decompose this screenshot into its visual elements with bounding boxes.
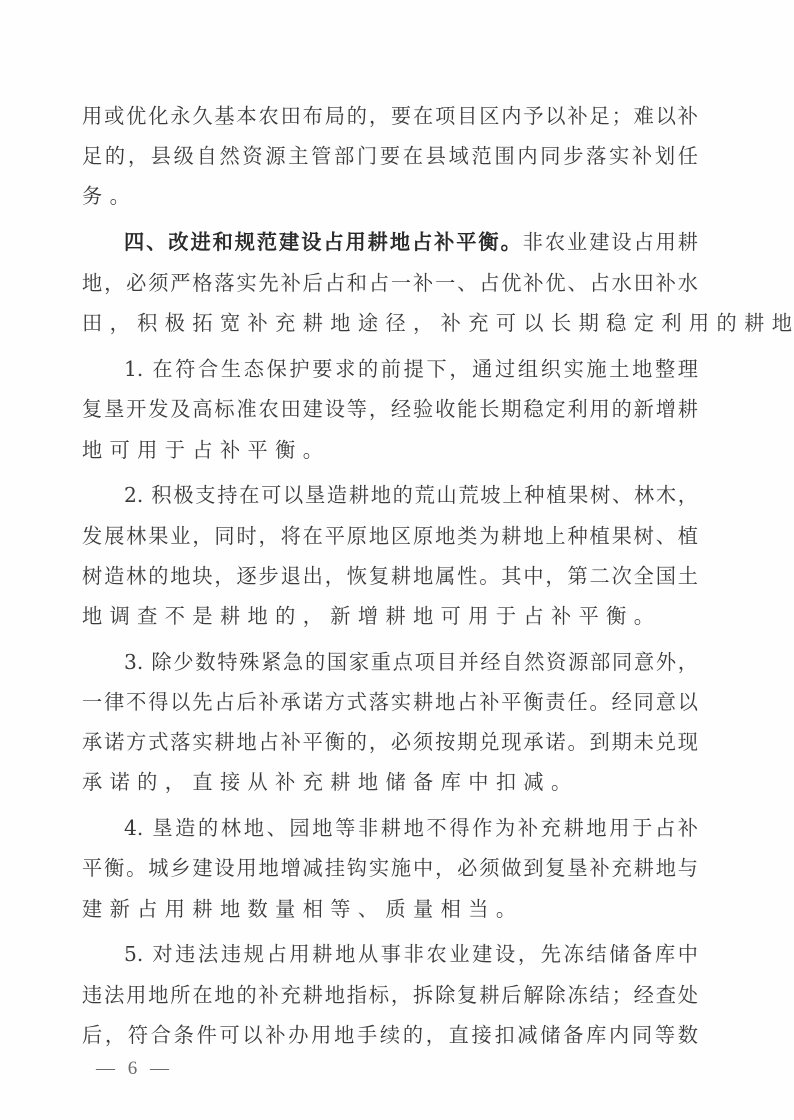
list-item-line: 3. 除少数特殊紧急的国家重点项目并经自然资源部同意外，	[124, 646, 698, 678]
list-item-line: 5. 对违法违规占用耕地从事非农业建设，先冻结储备库中	[124, 938, 698, 970]
text-line: 一律不得以先占后补承诺方式落实耕地占补平衡责任。经同意以	[82, 686, 698, 718]
text-line: 后，符合条件可以补办用地手续的，直接扣减储备库内同等数	[82, 1019, 698, 1051]
text-line: 建新占用耕地数量相等、质量相当。	[82, 893, 698, 925]
text-line: 足的，县级自然资源主管部门要在县域范围内同步落实补划任	[82, 140, 698, 172]
text-span: 非农业建设占用耕	[523, 230, 698, 254]
list-item-line: 2. 积极支持在可以垦造耕地的荒山荒坡上种植果树、林木，	[124, 479, 698, 511]
list-item-line: 1. 在符合生态保护要求的前提下，通过组织实施土地整理	[124, 353, 698, 385]
list-item-line: 4. 垦造的林地、园地等非耕地不得作为补充耕地用于占补	[124, 812, 698, 844]
text-line: 地可用于占补平衡。	[82, 434, 698, 466]
text-line: 地调查不是耕地的，新增耕地可用于占补平衡。	[82, 600, 698, 632]
text-line: 承诺的，直接从补充耕地储备库中扣减。	[82, 766, 698, 798]
text-line: 复垦开发及高标准农田建设等，经验收能长期稳定利用的新增耕	[82, 393, 698, 425]
text-line: 田，积极拓宽补充耕地途径，补充可以长期稳定利用的耕地。	[82, 307, 698, 339]
text-line: 平衡。城乡建设用地增减挂钩实施中，必须做到复垦补充耕地与	[82, 852, 698, 884]
text-line: 承诺方式落实耕地占补平衡的，必须按期兑现承诺。到期未兑现	[82, 726, 698, 758]
page-number: — 6 —	[96, 1058, 173, 1080]
document-page: 用或优化永久基本农田布局的，要在项目区内予以补足；难以补 足的，县级自然资源主管…	[0, 0, 794, 1120]
section-heading-line: 四、改进和规范建设占用耕地占补平衡。非农业建设占用耕	[124, 226, 698, 258]
text-line: 地，必须严格落实先补后占和占一补一、占优补优、占水田补水	[82, 267, 698, 299]
text-line: 用或优化永久基本农田布局的，要在项目区内予以补足；难以补	[82, 100, 698, 132]
text-line: 违法用地所在地的补充耕地指标，拆除复耕后解除冻结；经查处	[82, 979, 698, 1011]
text-line: 务。	[82, 180, 698, 212]
text-line: 树造林的地块，逐步退出，恢复耕地属性。其中，第二次全国土	[82, 560, 698, 592]
section-heading: 四、改进和规范建设占用耕地占补平衡。	[124, 230, 523, 254]
text-line: 发展林果业，同时，将在平原地区原地类为耕地上种植果树、植	[82, 520, 698, 552]
